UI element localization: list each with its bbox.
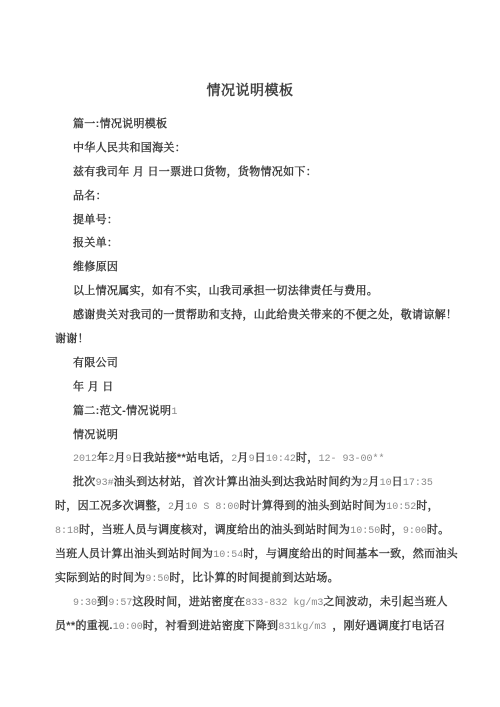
text-line: 2012年2月9日我站接**站电话，2月9日10:42时，12- 93-00** — [0, 447, 500, 471]
text-line: 篇二:范文-情况说明1 — [0, 400, 500, 424]
latin-text: 9:30 — [73, 598, 97, 609]
text-line: 8:18时，当班人员与调度核对，调度给出的油头到站时间为10:50时，9:00时… — [0, 519, 500, 543]
text-line: 维修原因 — [0, 256, 500, 280]
text-line: 员**的重视.10:00时，衬看到进站密度下降到831kg/m3 ，刚好遇调度打… — [0, 615, 500, 639]
latin-text: 831kg/m3 — [278, 622, 332, 633]
text-line: 谢谢！ — [0, 328, 500, 352]
latin-text: 17:35 — [403, 478, 433, 489]
latin-text: 10:00 — [113, 622, 143, 633]
latin-text: 8:18 — [55, 526, 79, 537]
latin-text: 9:57 — [108, 598, 132, 609]
latin-text: 10:52 — [386, 502, 416, 513]
text-line: 中华人民共和国海关： — [0, 137, 500, 161]
text-line: 实际到站的时间为9:50时，比讣算的时间提前到达站场。 — [0, 567, 500, 591]
latin-text: 10:42 — [266, 454, 296, 465]
text-line: 时，因工况多次调整，2月10 S 8:00时计算得到的油头到站时间为10:52时… — [0, 495, 500, 519]
text-line: 情况说明 — [0, 424, 500, 448]
latin-text: 2 — [168, 502, 174, 513]
text-line: 有限公司 — [0, 352, 500, 376]
latin-text: 10 — [380, 478, 392, 489]
latin-text: 9:50 — [145, 574, 169, 585]
text-line: 提单号： — [0, 209, 500, 233]
latin-text: 10:50 — [350, 526, 380, 537]
text-line: 报关单： — [0, 232, 500, 256]
latin-text: 9 — [126, 454, 132, 465]
text-line: 9:30到9:57这段时间，进站密度在833-832 kg/m3之间波动，未引起… — [0, 591, 500, 615]
text-line: 批次93#油头到达材站，首次计算出油头到达我站时间约为2月10日17:35 — [0, 471, 500, 495]
latin-text: 1 — [171, 407, 177, 418]
text-line: 以上情况属实，如有不实，山我司承担一切法律责任与费用。 — [0, 280, 500, 304]
text-line: 感谢贵关对我司的一贯帮助和支持，山此给贵关带来的不便之处，敬请谅解！ — [0, 304, 500, 328]
document-page: 情况说明模板 篇一:情况说明模板中华人民共和国海关：兹有我司年 月 日一票进口货… — [0, 0, 500, 707]
latin-text: 2012 — [73, 454, 97, 465]
latin-text: 833-832 kg/m3 — [245, 598, 323, 609]
latin-text: 2 — [231, 454, 237, 465]
text-line: 品名： — [0, 185, 500, 209]
latin-text: 12- 93-00** — [319, 454, 385, 465]
text-line: 篇一:情况说明模板 — [0, 113, 500, 137]
text-line: 兹有我司年 月 日一票进口货物，货物情况如下： — [0, 161, 500, 185]
latin-text: 9:00 — [403, 526, 427, 537]
document-title: 情况说明模板 — [0, 80, 500, 100]
latin-text: 10 S 8:00 — [185, 502, 239, 513]
document-body: 篇一:情况说明模板中华人民共和国海关：兹有我司年 月 日一票进口货物，货物情况如… — [0, 113, 500, 639]
latin-text: 10:54 — [213, 550, 243, 561]
latin-text: 2 — [108, 454, 114, 465]
text-line: 当班人员计算出油头到站时间为10:54时，与调度给出的时间基本一致，然而油头 — [0, 543, 500, 567]
latin-text: 9 — [249, 454, 255, 465]
latin-text: 93# — [96, 478, 114, 489]
latin-text: 2 — [362, 478, 368, 489]
text-line: 年 月 日 — [0, 376, 500, 400]
